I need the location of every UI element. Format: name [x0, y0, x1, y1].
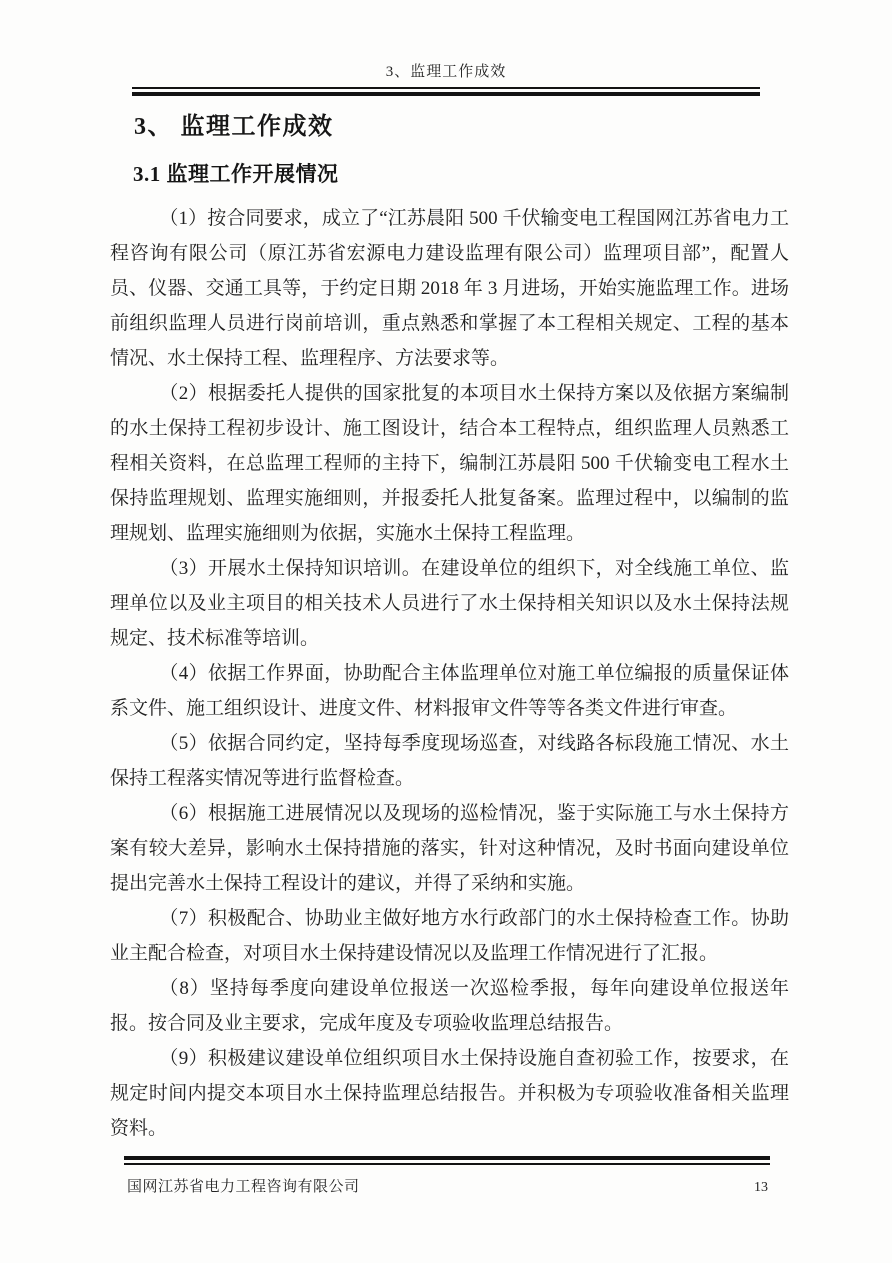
document-body: （1）按合同要求，成立了“江苏晨阳 500 千伏输变电工程国网江苏省电力工程咨询…	[110, 201, 789, 1153]
page-number: 13	[754, 1180, 768, 1196]
header-rule	[132, 87, 760, 96]
subsection-heading: 3.1 监理工作开展情况	[133, 158, 339, 188]
paragraph-2: （2）根据委托人提供的国家批复的本项目水土保持方案以及依据方案编制的水土保持工程…	[110, 376, 789, 551]
paragraph-7: （7）积极配合、协助业主做好地方水行政部门的水土保持检查工作。协助业主配合检查，…	[110, 901, 789, 971]
paragraph-5: （5）依据合同约定，坚持每季度现场巡查，对线路各标段施工情况、水土保持工程落实情…	[110, 726, 789, 796]
footer-rule	[124, 1156, 770, 1165]
document-page: 3、监理工作成效 3、 监理工作成效 3.1 监理工作开展情况 （1）按合同要求…	[0, 0, 892, 1263]
page-footer: 国网江苏省电力工程咨询有限公司 13	[127, 1175, 768, 1196]
paragraph-6: （6）根据施工进展情况以及现场的巡检情况，鉴于实际施工与水土保持方案有较大差异，…	[110, 796, 789, 901]
running-header-title: 3、监理工作成效	[0, 60, 892, 81]
paragraph-9: （9）积极建议建设单位组织项目水土保持设施自查初验工作，按要求，在规定时间内提交…	[110, 1041, 789, 1146]
section-heading: 3、 监理工作成效	[134, 106, 334, 141]
paragraph-4: （4）依据工作界面，协助配合主体监理单位对施工单位编报的质量保证体系文件、施工组…	[110, 656, 789, 726]
footer-company-name: 国网江苏省电力工程咨询有限公司	[127, 1175, 360, 1196]
paragraph-8: （8）坚持每季度向建设单位报送一次巡检季报，每年向建设单位报送年报。按合同及业主…	[110, 971, 789, 1041]
paragraph-1: （1）按合同要求，成立了“江苏晨阳 500 千伏输变电工程国网江苏省电力工程咨询…	[110, 201, 789, 376]
paragraph-3: （3）开展水土保持知识培训。在建设单位的组织下，对全线施工单位、监理单位以及业主…	[110, 551, 789, 656]
